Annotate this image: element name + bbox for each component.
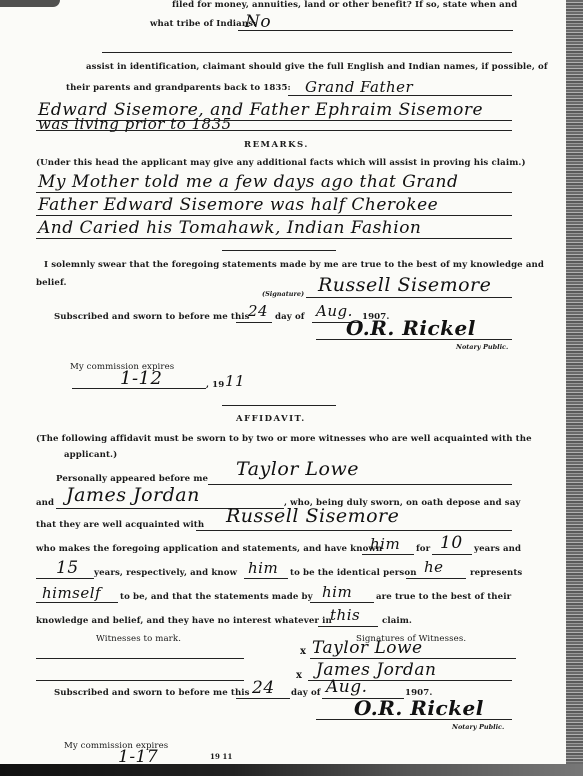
oath-statement-belief: belief. — [36, 278, 67, 288]
years-1: 10 — [440, 533, 463, 553]
notary-signature: O.R. Rickel — [346, 316, 476, 340]
interest-word: this — [330, 606, 360, 624]
day-of-label: day of — [275, 312, 305, 322]
commission-year: 11 — [225, 372, 245, 390]
affidavit-instruction: (The following affidavit must be sworn t… — [36, 434, 532, 444]
claim-label: claim. — [382, 616, 412, 626]
identification-answer-3: was living prior to 1835 — [38, 115, 232, 133]
notary-public-label: Notary Public. — [456, 343, 508, 351]
represents-label: represents — [470, 568, 522, 578]
day-line — [236, 322, 272, 323]
signature-line — [306, 297, 512, 298]
affidavit-day-line — [236, 698, 290, 699]
remarks-line-2 — [36, 215, 512, 216]
years-and-label: years and — [474, 544, 521, 554]
represents-pronoun: he — [424, 558, 444, 576]
affidavit-heading: AFFIDAVIT. — [236, 414, 306, 424]
remarks-text-3: And Caried his Tomahawk, Indian Fashion — [38, 218, 421, 238]
applicant-signature: Russell Sisemore — [318, 274, 491, 296]
witness-1-line — [208, 484, 512, 485]
witness-2-mark: x — [296, 670, 302, 681]
and-label: and — [36, 498, 54, 508]
mark-line-1 — [36, 658, 244, 659]
subscribed-text: Subscribed and sworn to before me this — [54, 312, 250, 322]
mark-line-2 — [36, 680, 244, 681]
known-text: who makes the foregoing application and … — [36, 544, 382, 554]
remarks-line-3 — [36, 238, 512, 239]
remarks-heading: REMARKS. — [244, 140, 309, 150]
affidavit-sworn-day: 24 — [252, 678, 275, 698]
tribe-answer: No — [245, 12, 271, 32]
section-divider-2 — [222, 405, 336, 406]
document-page: filed for money, annuities, land or othe… — [0, 0, 566, 764]
witness-1-signature: Taylor Lowe — [312, 638, 423, 658]
commission-date: 1-12 — [120, 368, 162, 389]
years-1-line — [432, 554, 472, 555]
affidavit-notary-label: Notary Public. — [452, 723, 504, 731]
scan-edge-bottom — [0, 764, 583, 776]
known-pronoun: him — [370, 535, 400, 553]
affidavit-subscribed-text: Subscribed and sworn to before me this — [54, 688, 250, 698]
identification-answer-1: Grand Father — [305, 78, 413, 96]
himself-line — [36, 602, 118, 603]
tribe-question-line1: filed for money, annuities, land or othe… — [172, 0, 517, 10]
affidavit-day-of-label: day of — [291, 688, 321, 698]
identification-prompt: their parents and grandparents back to 1… — [66, 83, 291, 93]
witness-1-mark: x — [300, 646, 306, 657]
acquainted-text: that they are well acquainted with — [36, 520, 204, 530]
tribe-answer-line — [238, 30, 513, 31]
years-2: 15 — [56, 558, 79, 578]
respectively-text: years, respectively, and know — [94, 568, 237, 578]
affidavit-instruction-applicant: applicant.) — [64, 450, 117, 460]
affidavit-notary-signature: O.R. Rickel — [354, 696, 484, 720]
interest-text: knowledge and belief, and they have no i… — [36, 616, 332, 626]
himself: himself — [42, 584, 101, 602]
witness-2-name: James Jordan — [66, 484, 200, 506]
for-label: for — [416, 544, 430, 554]
years-2-line — [36, 578, 94, 579]
section-divider — [222, 250, 336, 251]
statements-pronoun: him — [322, 583, 352, 601]
remarks-text-1: My Mother told me a few days ago that Gr… — [38, 172, 458, 192]
statements-text: to be, and that the statements made by — [120, 592, 313, 602]
true-text: are true to the best of their — [376, 592, 511, 602]
sworn-day: 24 — [248, 302, 268, 320]
applicant-name-line — [196, 530, 512, 531]
oath-statement: I solemnly swear that the foregoing stat… — [44, 260, 544, 270]
witness-signature-line-1 — [310, 658, 516, 659]
statements-pronoun-line — [310, 602, 374, 603]
witness-1-name: Taylor Lowe — [236, 458, 359, 480]
blank-rule — [102, 52, 512, 53]
interest-word-line — [318, 626, 378, 627]
known-pronoun-line — [362, 554, 414, 555]
represents-pronoun-line — [406, 578, 466, 579]
remarks-line-1 — [36, 192, 512, 193]
signature-label: (Signature) — [262, 290, 304, 298]
appeared-text: Personally appeared before me — [56, 474, 208, 484]
affidavit-commission-year: 19 11 — [210, 752, 232, 761]
tribe-question-line2: what tribe of Indians: — [150, 19, 256, 29]
scan-smudge — [0, 0, 60, 7]
identification-instruction: assist in identification, claimant shoul… — [86, 62, 548, 72]
scan-edge-right — [566, 0, 583, 776]
know-pronoun: him — [248, 559, 278, 577]
identical-text: to be the identical person — [290, 568, 417, 578]
affidavit-sworn-month: Aug. — [326, 677, 368, 697]
witnesses-to-mark-label: Witnesses to mark. — [96, 634, 181, 644]
applicant-name: Russell Sisemore — [226, 505, 399, 527]
remarks-text-2: Father Edward Sisemore was half Cherokee — [38, 195, 438, 215]
commission-year-prefix: , 19 — [206, 380, 224, 390]
know-pronoun-line — [244, 578, 288, 579]
remarks-instruction: (Under this head the applicant may give … — [36, 158, 526, 168]
